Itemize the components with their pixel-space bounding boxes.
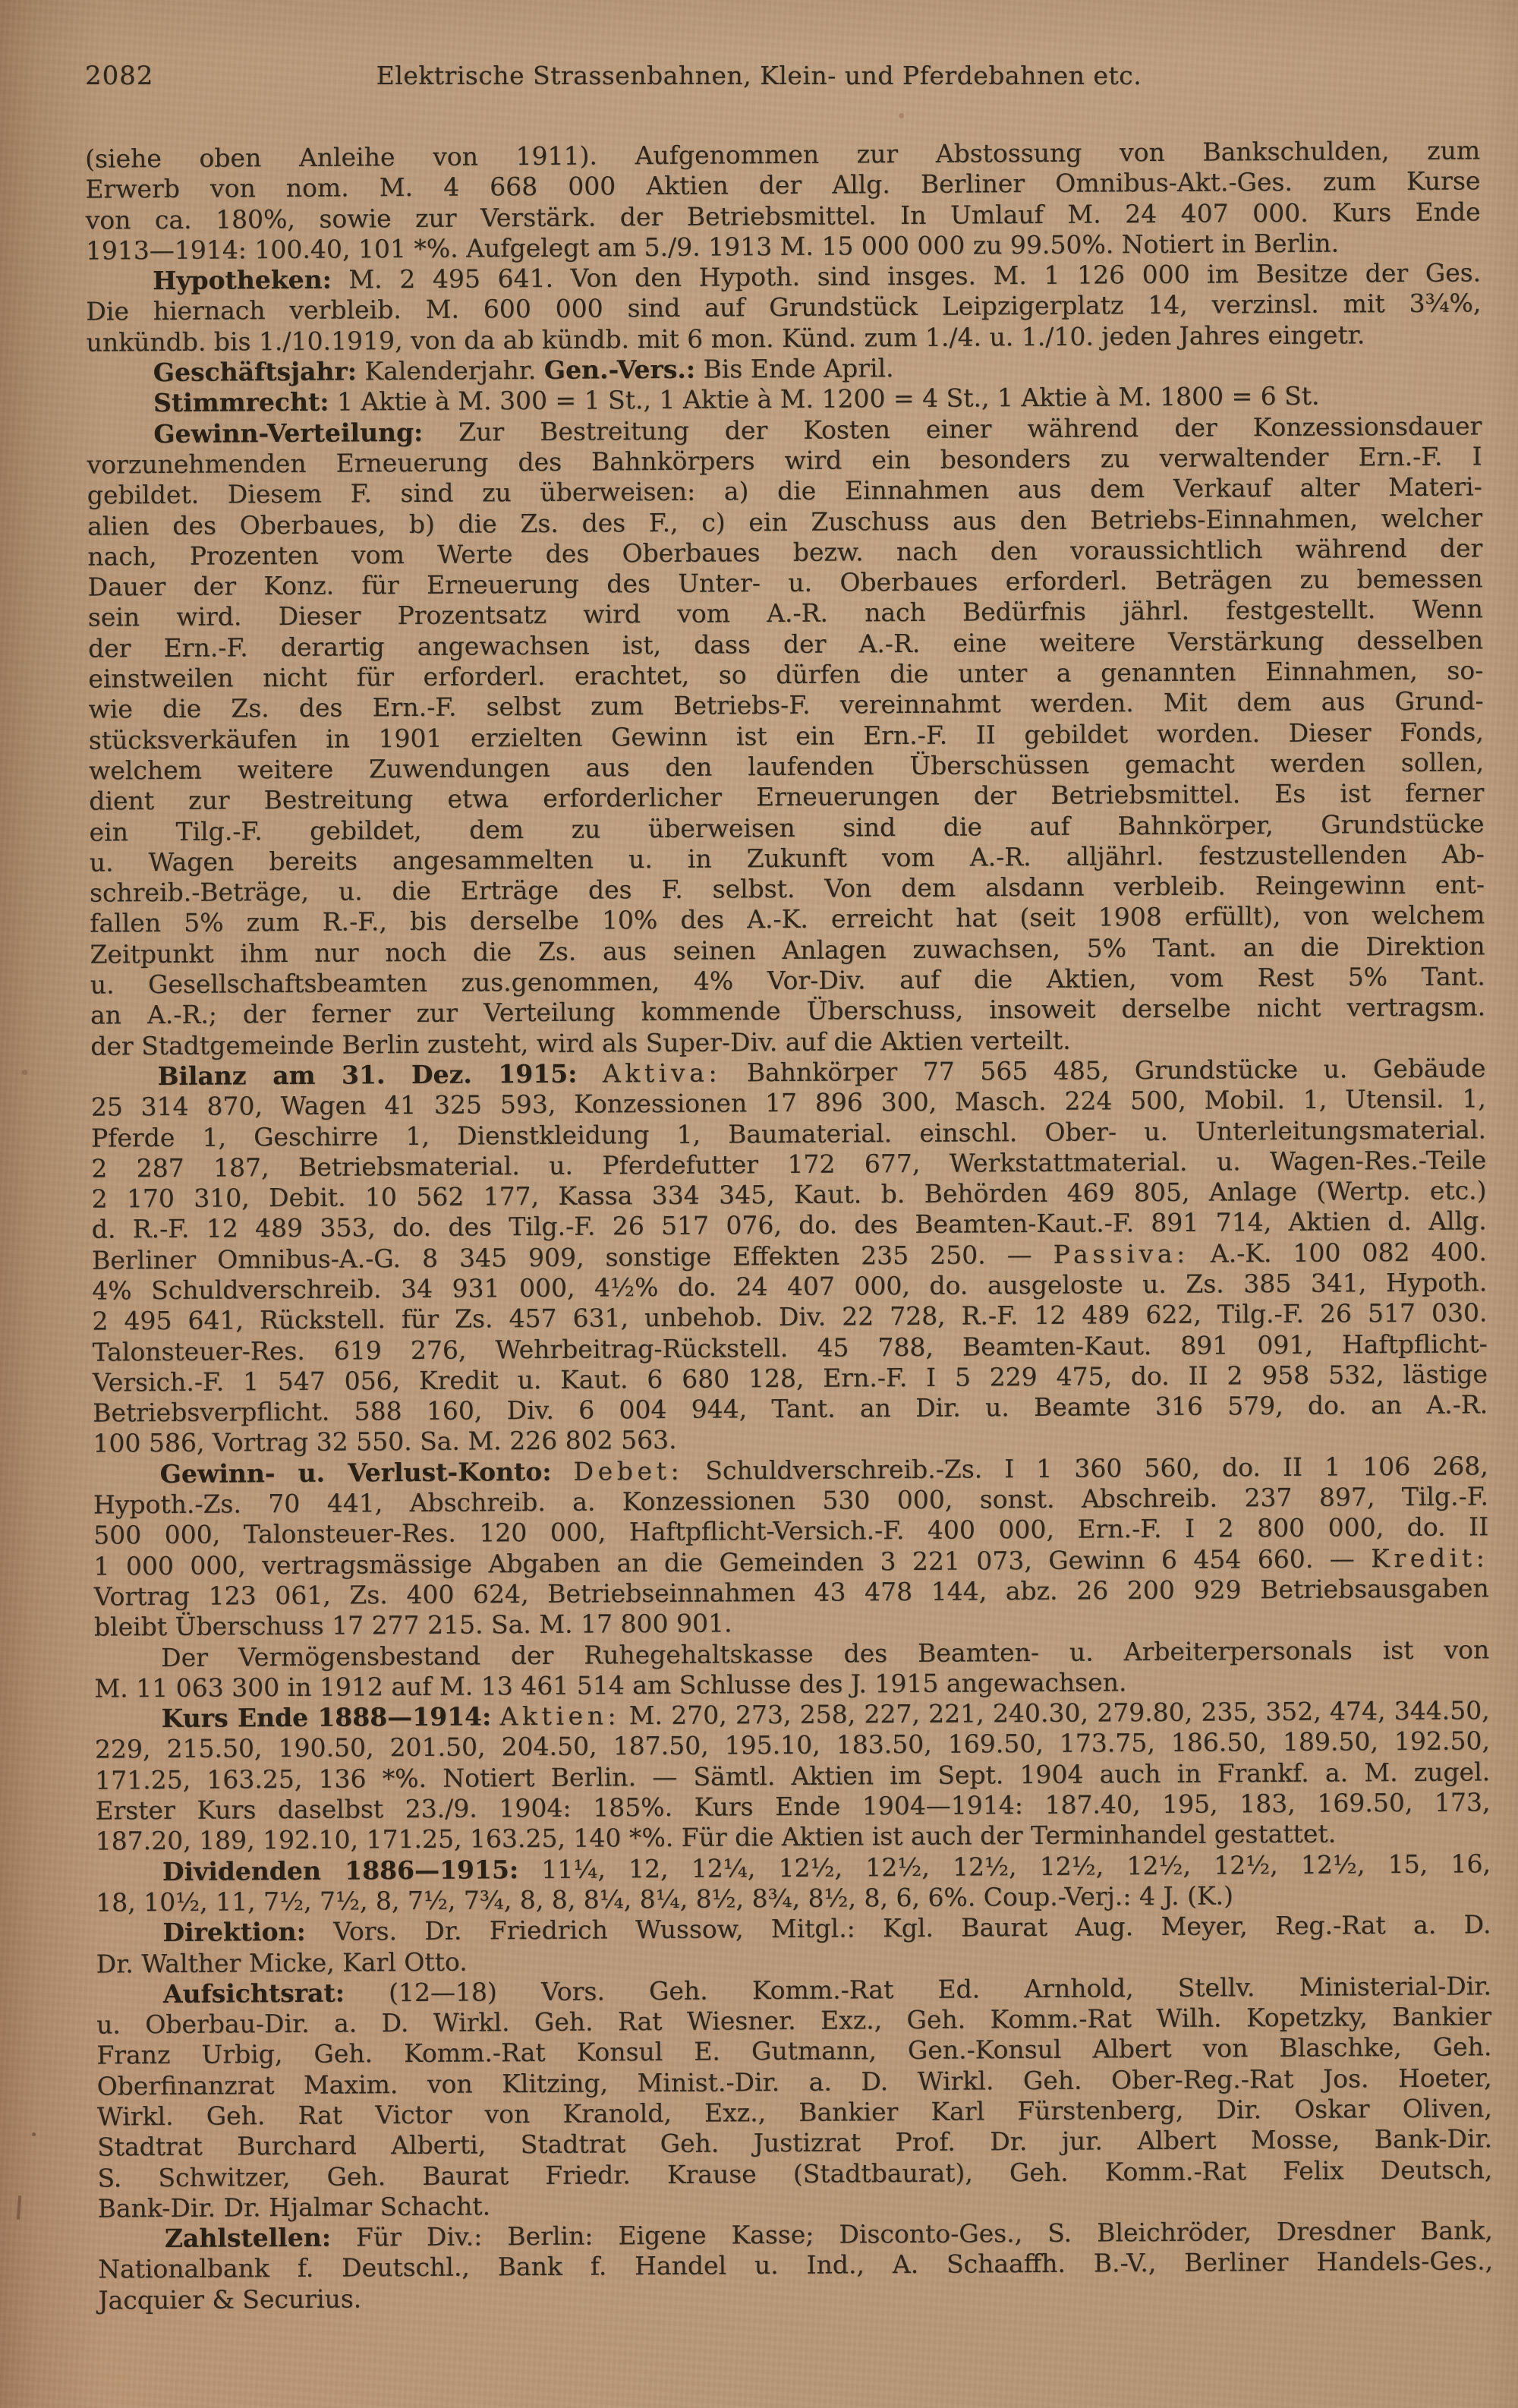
page-title: Elektrische Strassenbahnen, Klein- und P…	[0, 61, 1518, 90]
paragraph: Der Vermögensbestand der Ruhegehaltskass…	[94, 1634, 1489, 1704]
paragraph: Dividenden 1886—1915: 11¹⁄₄, 12, 12¹⁄₄, …	[96, 1849, 1491, 1918]
bold-lead: Stimmrecht:	[153, 387, 329, 418]
paragraph: Gewinn-Verteilung: Zur Bestreitung der K…	[87, 411, 1485, 1061]
bold-lead: Dividenden 1886—1915:	[162, 1855, 518, 1886]
bold-lead: Bilanz am 31. Dez. 1915:	[157, 1059, 577, 1091]
text-run: 100 586, Vortrag 32 550. Sa. M. 226 802 …	[93, 1425, 676, 1458]
text-run: M. 11 063 300 in 1912 auf M. 13 461 514 …	[94, 1667, 1126, 1703]
bold-lead: Direktion:	[162, 1917, 306, 1947]
paper-speck	[32, 2132, 36, 2136]
page-header: 2082 Elektrische Strassenbahnen, Klein- …	[0, 61, 1518, 96]
text-run: Bahnkörper 77 565 485, Grundstücke u. Ge…	[721, 1053, 1486, 1087]
text-run: Dr. Walther Micke, Karl Otto.	[96, 1946, 468, 1978]
bold-lead: Gen.-Vers.:	[544, 355, 695, 385]
bold-lead: Zahlstellen:	[165, 2223, 331, 2253]
text-run: M. 270, 273, 258, 227, 221, 240.30, 279.…	[620, 1695, 1490, 1730]
bold-lead: Geschäftsjahr:	[153, 357, 357, 388]
body-text: (siehe oben Anleihe von 1911). Aufgenomm…	[85, 135, 1493, 2315]
spaced-word: Aktiva:	[603, 1057, 722, 1088]
text-run: der Stadtgemeinde Berlin zusteht, wird a…	[90, 1025, 1071, 1061]
bold-lead: Hypotheken:	[153, 265, 332, 295]
text-run: Schuldverschreib.-Zs. I 1 360 560, do. I…	[683, 1451, 1488, 1485]
text-run	[491, 1701, 500, 1731]
text-run: Kalenderjahr.	[357, 355, 544, 386]
text-run: Zur Bestreitung der Kosten einer während…	[423, 411, 1482, 447]
bold-lead: Aufsichtsrat:	[163, 1978, 345, 2008]
bold-lead: Gewinn- u. Verlust-Konto:	[160, 1457, 552, 1489]
spaced-word: Kredit:	[1371, 1543, 1489, 1573]
paragraph: Bilanz am 31. Dez. 1915: Aktiva: Bahnkör…	[90, 1053, 1488, 1459]
paragraph: Hypotheken: M. 2 495 641. Von den Hypoth…	[86, 258, 1482, 358]
spaced-word: Debet:	[573, 1456, 683, 1486]
paragraph: Direktion: Vors. Dr. Friedrich Wussow, M…	[96, 1910, 1491, 1980]
paragraph: (siehe oben Anleihe von 1911). Aufgenomm…	[85, 135, 1481, 266]
text-run: Vors. Dr. Friedrich Wussow, Mitgl.: Kgl.…	[306, 1910, 1491, 1947]
bold-lead: Kurs Ende 1888—1914:	[162, 1702, 492, 1734]
text-run: A.-K. 100 082 400.	[1189, 1237, 1487, 1268]
text-run: bleibt Überschuss 17 277 215. Sa. M. 17 …	[94, 1609, 732, 1642]
page-scan: 2082 Elektrische Strassenbahnen, Klein- …	[0, 0, 1518, 2408]
text-run: Bank-Dir. Dr. Hjalmar Schacht.	[98, 2191, 491, 2223]
text-run: 1 Aktie à M. 300 = 1 St., 1 Aktie à M. 1…	[329, 381, 1319, 417]
paragraph: Zahlstellen: Für Div.: Berlin: Eigene Ka…	[98, 2216, 1494, 2316]
paragraph: Kurs Ende 1888—1914: Aktien: M. 270, 273…	[95, 1695, 1491, 1857]
paragraph: Aufsichtsrat: (12—18) Vors. Geh. Komm.-R…	[96, 1971, 1493, 2224]
text-run	[577, 1058, 603, 1088]
text-run: Jacquier & Securius.	[98, 2284, 361, 2315]
pen-mark	[17, 2195, 21, 2220]
paragraph: Gewinn- u. Verlust-Konto: Debet: Schuldv…	[93, 1451, 1489, 1643]
text-run	[551, 1456, 573, 1486]
bold-lead: Gewinn-Verteilung:	[153, 418, 423, 449]
spaced-word: Passiva:	[1053, 1238, 1189, 1269]
spaced-word: Aktien:	[499, 1700, 620, 1731]
text-run: Bis Ende April.	[695, 353, 894, 384]
text-run: 11¹⁄₄, 12, 12¹⁄₄, 12¹⁄₂, 12¹⁄₂, 12¹⁄₂, 1…	[518, 1849, 1491, 1884]
text-run: Berliner Omnibus-A.-G. 8 345 909, sonsti…	[92, 1240, 1053, 1275]
